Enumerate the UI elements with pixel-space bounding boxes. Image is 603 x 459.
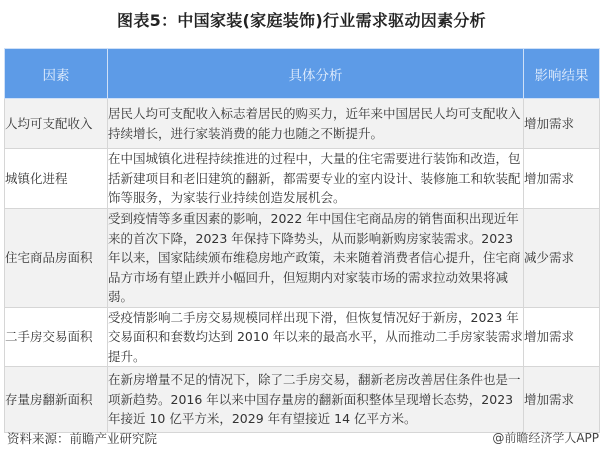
factor-cell: 二手房交易面积 <box>5 307 108 367</box>
table-row: 住宅商品房面积 受到疫情等多重因素的影响，2022 年中国住宅商品房的销售面积出… <box>5 209 600 308</box>
result-cell: 增加需求 <box>524 307 600 367</box>
detail-cell: 在中国城镇化进程持续推进的过程中，大量的住宅需要进行装饰和改造，包括新建项目和老… <box>108 149 524 209</box>
factor-cell: 存量房翻新面积 <box>5 367 108 433</box>
detail-cell: 受疫情影响二手房交易规模同样出现下滑，但恢复情况好于新房，2023 年交易面积和… <box>108 307 524 367</box>
result-cell: 增加需求 <box>524 99 600 149</box>
factor-cell: 住宅商品房面积 <box>5 209 108 308</box>
detail-cell: 在新房增量不足的情况下，除了二手房交易，翻新老房改善居住条件也是一项新趋势。20… <box>108 367 524 433</box>
detail-cell: 受到疫情等多重因素的影响，2022 年中国住宅商品房的销售面积出现近年来的首次下… <box>108 209 524 308</box>
chart-title: 图表5：中国家装(家庭装饰)行业需求驱动因素分析 <box>0 8 603 31</box>
table-row: 人均可支配收入 居民人均可支配收入标志着居民的购买力，近年来中国居民人均可支配收… <box>5 99 600 149</box>
table-header-row: 因素 具体分析 影响结果 <box>5 49 600 99</box>
detail-cell: 居民人均可支配收入标志着居民的购买力，近年来中国居民人均可支配收入持续增长，进行… <box>108 99 524 149</box>
header-factor: 因素 <box>5 49 108 99</box>
result-cell: 增加需求 <box>524 149 600 209</box>
header-detail: 具体分析 <box>108 49 524 99</box>
table-row: 存量房翻新面积 在新房增量不足的情况下，除了二手房交易，翻新老房改善居住条件也是… <box>5 367 600 433</box>
factor-cell: 人均可支配收入 <box>5 99 108 149</box>
demand-drivers-table: 因素 具体分析 影响结果 人均可支配收入 居民人均可支配收入标志着居民的购买力，… <box>4 48 600 433</box>
source-note: 资料来源：前瞻产业研究院 <box>7 429 157 447</box>
result-cell: 增加需求 <box>524 367 600 433</box>
header-result: 影响结果 <box>524 49 600 99</box>
result-cell: 减少需求 <box>524 209 600 308</box>
table-row: 二手房交易面积 受疫情影响二手房交易规模同样出现下滑，但恢复情况好于新房，202… <box>5 307 600 367</box>
factor-cell: 城镇化进程 <box>5 149 108 209</box>
credit-note: @前瞻经济学人APP <box>492 429 599 446</box>
table-row: 城镇化进程 在中国城镇化进程持续推进的过程中，大量的住宅需要进行装饰和改造，包括… <box>5 149 600 209</box>
